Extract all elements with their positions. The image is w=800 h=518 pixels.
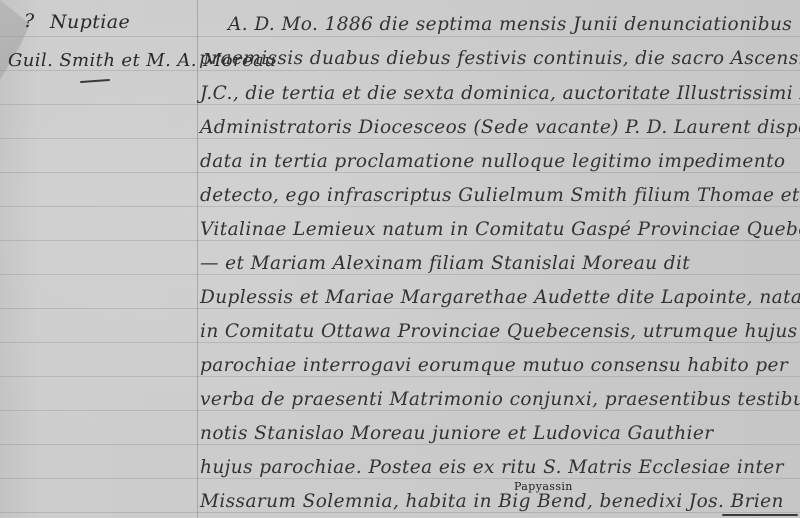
text-line-2: praemissis duabus diebus festivis contin… [199,48,800,69]
text-line-1: A. D. Mo. 1886 die septima mensis Junii … [228,14,792,35]
text-line-3: J.C., die tertia et die sexta dominica, … [200,83,800,104]
text-line-7: Vitalinae Lemieux natum in Comitatu Gasp… [200,219,800,240]
text-line-5: data in tertia proclamatione nulloque le… [200,151,785,172]
margin-underline [80,79,110,83]
text-line-12: verba de praesenti Matrimonio conjunxi, … [200,389,800,410]
text-line-13: notis Stanislao Moreau juniore et Ludovi… [200,423,713,444]
text-line-15: Missarum Solemnia, habita in Big Bend, b… [200,491,784,512]
text-line-8: — et Mariam Alexinam filiam Stanislai Mo… [200,253,690,274]
ruled-line [0,512,800,513]
ruled-line [0,138,800,139]
signature-underline [722,514,798,516]
ruled-line [0,36,800,37]
ruled-line [0,342,800,343]
ruled-line [0,308,800,309]
margin-title: Nuptiae [50,11,130,33]
text-line-6: detecto, ego infrascriptus Gulielmum Smi… [200,185,800,206]
text-line-4: Administratoris Diocesceos (Sede vacante… [200,117,800,138]
text-line-11: parochiae interrogavi eorumque mutuo con… [200,355,788,376]
ruled-line [0,172,800,173]
text-line-10: in Comitatu Ottawa Provinciae Quebecensi… [200,321,798,342]
text-line-14: hujus parochiae. Postea eis ex ritu S. M… [200,457,784,478]
ruled-line [0,410,800,411]
margin-entry-number: ? [24,10,35,32]
ruled-line [0,104,800,105]
ruled-line [0,478,800,479]
ruled-line [0,444,800,445]
ruled-line [0,240,800,241]
interlinear-note: Papyassin [514,480,573,493]
ruled-line [0,274,800,275]
ruled-line [0,206,800,207]
text-line-9: Duplessis et Mariae Margarethae Audette … [200,287,800,308]
margin-rule [197,0,198,518]
ruled-line [0,376,800,377]
register-page: ? Nuptiae Guil. Smith et M. A. Moreau A.… [0,0,800,518]
